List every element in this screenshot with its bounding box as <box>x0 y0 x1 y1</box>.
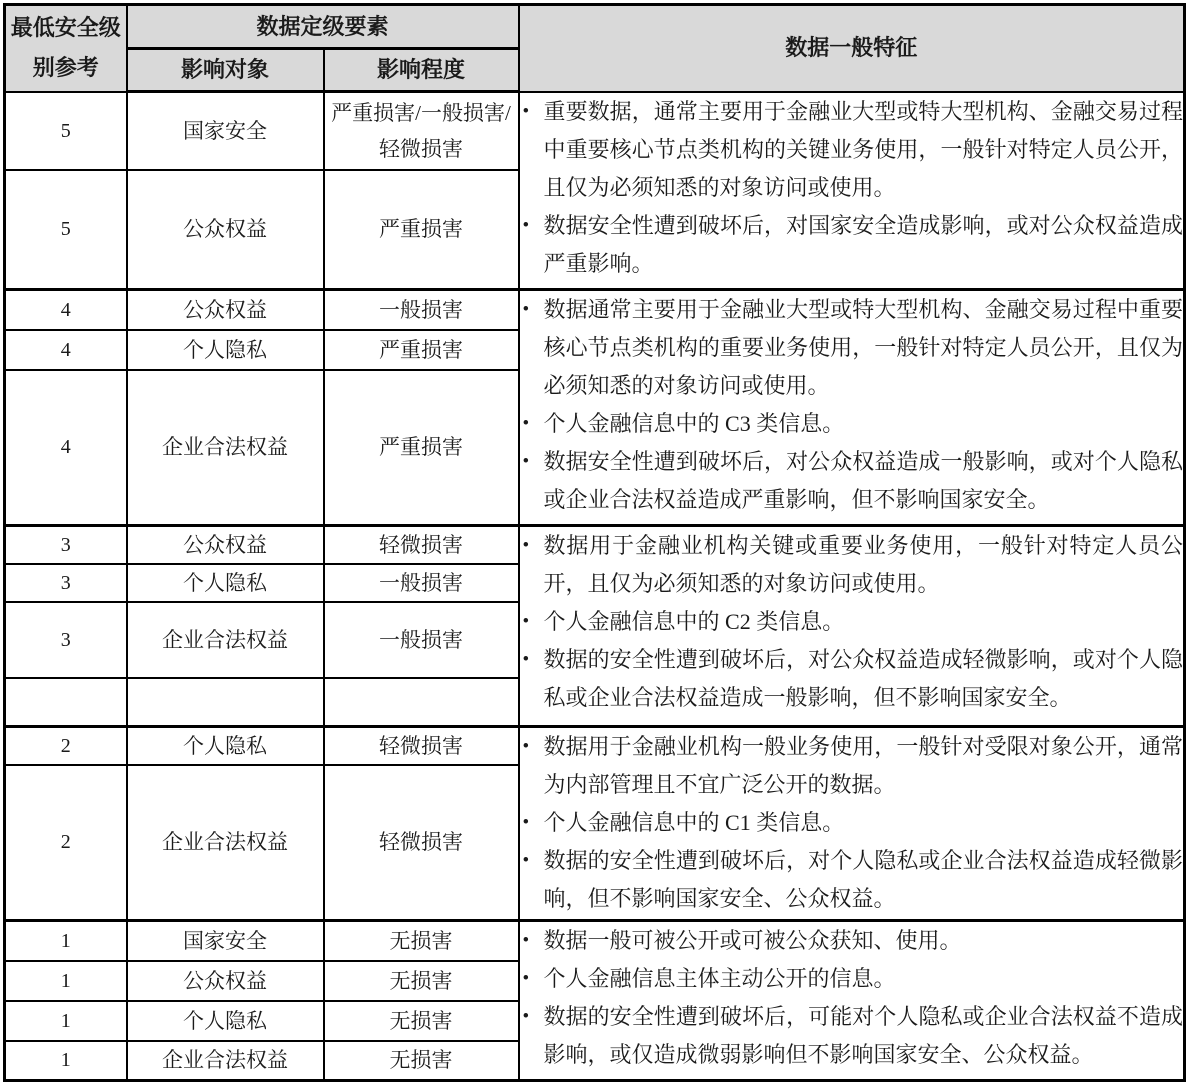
level-cell: 1 <box>5 1041 127 1081</box>
table-row: 5 国家安全 严重损害/一般损害/轻微损害 重要数据，通常主要用于金融业大型或特… <box>5 92 1185 170</box>
empty-cell <box>5 678 127 726</box>
feature-item: 数据用于金融业机构一般业务使用，一般针对受限对象公开，通常为内部管理且不宜广泛公… <box>520 728 1184 804</box>
level-cell: 4 <box>5 290 127 330</box>
header-general-features: 数据一般特征 <box>519 5 1185 92</box>
header-min-security-level: 最低安全级别参考 <box>5 5 127 92</box>
level-cell: 4 <box>5 370 127 526</box>
document-page: 最低安全级别参考 数据定级要素 数据一般特征 影响对象 影响程度 5 国家安全 … <box>0 0 1186 1082</box>
features-cell-level2: 数据用于金融业机构一般业务使用，一般针对受限对象公开，通常为内部管理且不宜广泛公… <box>519 726 1185 921</box>
impact-degree-cell: 轻微损害 <box>324 526 519 565</box>
impact-object-cell: 公众权益 <box>127 526 324 565</box>
feature-item: 个人金融信息中的 C3 类信息。 <box>520 405 1184 443</box>
level-cell: 1 <box>5 921 127 961</box>
feature-item: 个人金融信息中的 C2 类信息。 <box>520 603 1184 641</box>
impact-object-cell: 企业合法权益 <box>127 1041 324 1081</box>
level-cell: 2 <box>5 726 127 765</box>
level-cell: 5 <box>5 92 127 170</box>
features-cell-level4: 数据通常主要用于金融业大型或特大型机构、金融交易过程中重要核心节点类机构的重要业… <box>519 290 1185 526</box>
impact-object-cell: 企业合法权益 <box>127 602 324 678</box>
table-row: 4 公众权益 一般损害 数据通常主要用于金融业大型或特大型机构、金融交易过程中重… <box>5 290 1185 330</box>
impact-degree-cell: 一般损害 <box>324 602 519 678</box>
table-row: 1 国家安全 无损害 数据一般可被公开或可被公众获知、使用。 个人金融信息主体主… <box>5 921 1185 961</box>
impact-object-cell: 国家安全 <box>127 921 324 961</box>
impact-degree-cell: 轻微损害 <box>324 726 519 765</box>
level-cell: 5 <box>5 170 127 290</box>
feature-item: 数据的安全性遭到破坏后，可能对个人隐私或企业合法权益不造成影响，或仅造成微弱影响… <box>520 998 1184 1074</box>
table-header: 最低安全级别参考 数据定级要素 数据一般特征 影响对象 影响程度 <box>5 5 1185 92</box>
impact-degree-cell: 无损害 <box>324 961 519 1001</box>
feature-item: 数据安全性遭到破坏后，对国家安全造成影响，或对公众权益造成严重影响。 <box>520 207 1184 283</box>
table-row: 3 公众权益 轻微损害 数据用于金融业机构关键或重要业务使用，一般针对特定人员公… <box>5 526 1185 565</box>
impact-object-cell: 个人隐私 <box>127 726 324 765</box>
feature-item: 数据的安全性遭到破坏后，对公众权益造成轻微影响，或对个人隐私或企业合法权益造成一… <box>520 641 1184 717</box>
impact-object-cell: 个人隐私 <box>127 1001 324 1041</box>
table-row: 2 个人隐私 轻微损害 数据用于金融业机构一般业务使用，一般针对受限对象公开，通… <box>5 726 1185 765</box>
impact-degree-cell: 无损害 <box>324 1041 519 1081</box>
impact-object-cell: 公众权益 <box>127 961 324 1001</box>
feature-item: 数据用于金融业机构关键或重要业务使用，一般针对特定人员公开，且仅为必须知悉的对象… <box>520 527 1184 603</box>
feature-item: 个人金融信息主体主动公开的信息。 <box>520 960 1184 998</box>
feature-item: 数据安全性遭到破坏后，对公众权益造成一般影响，或对个人隐私或企业合法权益造成严重… <box>520 443 1184 519</box>
data-grading-table: 最低安全级别参考 数据定级要素 数据一般特征 影响对象 影响程度 5 国家安全 … <box>3 3 1186 1082</box>
features-cell-level3: 数据用于金融业机构关键或重要业务使用，一般针对特定人员公开，且仅为必须知悉的对象… <box>519 526 1185 727</box>
level-cell: 2 <box>5 765 127 921</box>
level-cell: 4 <box>5 330 127 370</box>
feature-item: 个人金融信息中的 C1 类信息。 <box>520 804 1184 842</box>
impact-object-cell: 公众权益 <box>127 170 324 290</box>
impact-object-cell: 公众权益 <box>127 290 324 330</box>
impact-degree-cell: 严重损害 <box>324 330 519 370</box>
feature-item: 数据一般可被公开或可被公众获知、使用。 <box>520 922 1184 960</box>
empty-cell <box>127 678 324 726</box>
level-cell: 3 <box>5 602 127 678</box>
impact-degree-cell: 严重损害 <box>324 370 519 526</box>
impact-degree-cell: 严重损害/一般损害/轻微损害 <box>324 92 519 170</box>
empty-cell <box>324 678 519 726</box>
impact-object-cell: 企业合法权益 <box>127 765 324 921</box>
features-cell-level1: 数据一般可被公开或可被公众获知、使用。 个人金融信息主体主动公开的信息。 数据的… <box>519 921 1185 1081</box>
impact-object-cell: 个人隐私 <box>127 330 324 370</box>
impact-degree-cell: 一般损害 <box>324 290 519 330</box>
header-impact-degree: 影响程度 <box>324 49 519 92</box>
impact-object-cell: 个人隐私 <box>127 564 324 602</box>
impact-degree-cell: 无损害 <box>324 1001 519 1041</box>
level-cell: 3 <box>5 564 127 602</box>
impact-object-cell: 国家安全 <box>127 92 324 170</box>
impact-degree-cell: 无损害 <box>324 921 519 961</box>
level-cell: 3 <box>5 526 127 565</box>
impact-degree-cell: 一般损害 <box>324 564 519 602</box>
impact-degree-cell: 轻微损害 <box>324 765 519 921</box>
level-cell: 1 <box>5 961 127 1001</box>
impact-object-cell: 企业合法权益 <box>127 370 324 526</box>
impact-degree-cell: 严重损害 <box>324 170 519 290</box>
header-grading-elements: 数据定级要素 <box>127 5 519 49</box>
header-impact-object: 影响对象 <box>127 49 324 92</box>
feature-item: 数据通常主要用于金融业大型或特大型机构、金融交易过程中重要核心节点类机构的重要业… <box>520 291 1184 405</box>
feature-item: 数据的安全性遭到破坏后，对个人隐私或企业合法权益造成轻微影响，但不影响国家安全、… <box>520 842 1184 918</box>
feature-item: 重要数据，通常主要用于金融业大型或特大型机构、金融交易过程中重要核心节点类机构的… <box>520 93 1184 207</box>
level-cell: 1 <box>5 1001 127 1041</box>
features-cell-level5: 重要数据，通常主要用于金融业大型或特大型机构、金融交易过程中重要核心节点类机构的… <box>519 92 1185 290</box>
